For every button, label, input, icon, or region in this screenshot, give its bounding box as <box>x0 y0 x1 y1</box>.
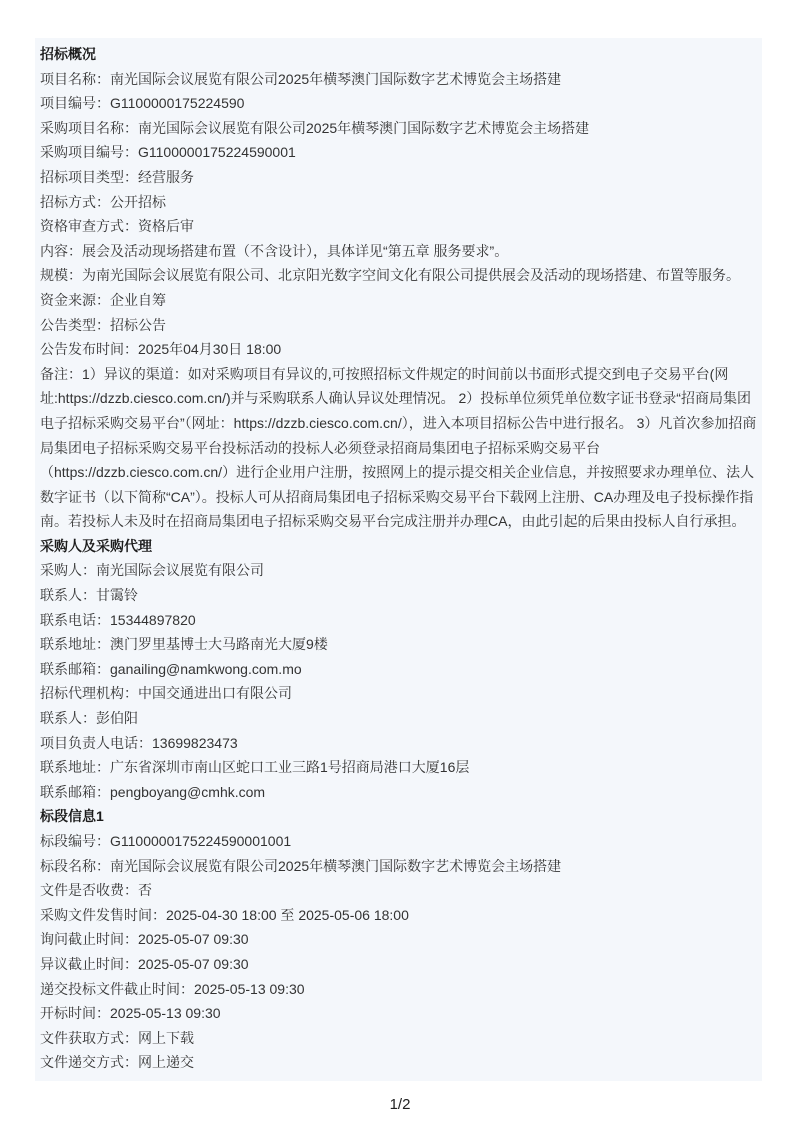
field-value: 南光国际会议展览有限公司2025年横琴澳门国际数字艺术博览会主场搭建 <box>110 858 561 874</box>
field-label: 开标时间： <box>40 1005 110 1021</box>
field-line: 联系地址：澳门罗里基博士大马路南光大厦9楼 <box>40 632 757 657</box>
field-line: 联系电话：15344897820 <box>40 608 757 633</box>
field-line: 备注：1）异议的渠道：如对采购项目有异议的,可按照招标文件规定的时间前以书面形式… <box>40 362 757 534</box>
field-value: 甘霭铃 <box>96 587 138 603</box>
field-line: 公告发布时间：2025年04月30日 18:00 <box>40 337 757 362</box>
field-label: 项目负责人电话： <box>40 735 152 751</box>
section-title-2: 采购人及采购代理 <box>40 534 757 559</box>
field-line: 招标方式：公开招标 <box>40 190 757 215</box>
field-label: 规模： <box>40 267 82 283</box>
field-value: 资格后审 <box>138 218 194 234</box>
field-line: 联系人：彭伯阳 <box>40 706 757 731</box>
field-value: 经营服务 <box>138 169 194 185</box>
field-value: 招标公告 <box>110 317 166 333</box>
field-value: 2025-05-13 09:30 <box>194 981 305 997</box>
field-line: 文件是否收费：否 <box>40 878 757 903</box>
field-label: 项目编号： <box>40 95 110 111</box>
field-value: 15344897820 <box>110 612 196 628</box>
field-label: 公告类型： <box>40 317 110 333</box>
field-value: G1100000175224590001 <box>138 144 296 160</box>
field-label: 联系电话： <box>40 612 110 628</box>
field-label: 联系邮箱： <box>40 661 110 677</box>
field-line: 联系地址：广东省深圳市南山区蛇口工业三路1号招商局港口大厦16层 <box>40 755 757 780</box>
field-value: 展会及活动现场搭建布置（不含设计），具体详见“第五章 服务要求”。 <box>82 243 508 259</box>
field-value: 南光国际会议展览有限公司2025年横琴澳门国际数字艺术博览会主场搭建 <box>138 120 589 136</box>
field-line: 标段编号：G1100000175224590001001 <box>40 829 757 854</box>
field-label: 递交投标文件截止时间： <box>40 981 194 997</box>
field-label: 异议截止时间： <box>40 956 138 972</box>
field-value: 中国交通进出口有限公司 <box>138 685 292 701</box>
field-label: 联系地址： <box>40 636 110 652</box>
page-number: 1/2 <box>0 1096 800 1113</box>
field-line: 开标时间：2025-05-13 09:30 <box>40 1001 757 1026</box>
field-label: 标段名称： <box>40 858 110 874</box>
field-line: 项目编号：G1100000175224590 <box>40 91 757 116</box>
field-line: 异议截止时间：2025-05-07 09:30 <box>40 952 757 977</box>
field-line: 公告类型：招标公告 <box>40 313 757 338</box>
field-label: 文件递交方式： <box>40 1054 138 1070</box>
field-value: pengboyang@cmhk.com <box>110 784 265 800</box>
tender-announcement-body: 招标概况项目名称：南光国际会议展览有限公司2025年横琴澳门国际数字艺术博览会主… <box>35 38 762 1081</box>
field-line: 文件获取方式：网上下载 <box>40 1026 757 1051</box>
field-label: 招标项目类型： <box>40 169 138 185</box>
field-label: 联系地址： <box>40 759 110 775</box>
field-value: 南光国际会议展览有限公司2025年横琴澳门国际数字艺术博览会主场搭建 <box>110 71 561 87</box>
field-line: 联系邮箱：pengboyang@cmhk.com <box>40 780 757 805</box>
field-line: 联系邮箱：ganailing@namkwong.com.mo <box>40 657 757 682</box>
field-label: 联系人： <box>40 587 96 603</box>
field-value: 网上递交 <box>138 1054 194 1070</box>
field-value: ganailing@namkwong.com.mo <box>110 661 302 677</box>
field-line: 规模：为南光国际会议展览有限公司、北京阳光数字空间文化有限公司提供展会及活动的现… <box>40 263 757 288</box>
field-value: 2025-05-07 09:30 <box>138 931 249 947</box>
field-value: 彭伯阳 <box>96 710 138 726</box>
field-line: 采购文件发售时间：2025-04-30 18:00 至 2025-05-06 1… <box>40 903 757 928</box>
field-line: 招标项目类型：经营服务 <box>40 165 757 190</box>
field-line: 联系人：甘霭铃 <box>40 583 757 608</box>
field-label: 招标代理机构： <box>40 685 138 701</box>
field-label: 资格审查方式： <box>40 218 138 234</box>
field-label: 采购人： <box>40 562 96 578</box>
field-value: G1100000175224590 <box>110 95 244 111</box>
field-line: 询问截止时间：2025-05-07 09:30 <box>40 927 757 952</box>
field-label: 询问截止时间： <box>40 931 138 947</box>
field-value: 网上下载 <box>138 1030 194 1046</box>
field-label: 采购文件发售时间： <box>40 907 166 923</box>
field-value: 1）异议的渠道：如对采购项目有异议的,可按照招标文件规定的时间前以书面形式提交到… <box>40 366 756 530</box>
field-label: 文件获取方式： <box>40 1030 138 1046</box>
field-value: 为南光国际会议展览有限公司、北京阳光数字空间文化有限公司提供展会及活动的现场搭建… <box>82 267 740 283</box>
field-line: 标段名称：南光国际会议展览有限公司2025年横琴澳门国际数字艺术博览会主场搭建 <box>40 854 757 879</box>
field-line: 资格审查方式：资格后审 <box>40 214 757 239</box>
field-value: 否 <box>138 882 152 898</box>
field-label: 项目名称： <box>40 71 110 87</box>
field-label: 内容： <box>40 243 82 259</box>
field-value: 广东省深圳市南山区蛇口工业三路1号招商局港口大厦16层 <box>110 759 469 775</box>
field-label: 采购项目名称： <box>40 120 138 136</box>
field-value: 2025-05-07 09:30 <box>138 956 249 972</box>
section-title-1: 招标概况 <box>40 42 757 67</box>
field-value: 2025年04月30日 18:00 <box>138 341 281 357</box>
field-line: 采购人：南光国际会议展览有限公司 <box>40 558 757 583</box>
field-label: 招标方式： <box>40 194 110 210</box>
field-label: 资金来源： <box>40 292 110 308</box>
field-label: 标段编号： <box>40 833 110 849</box>
field-line: 采购项目编号：G1100000175224590001 <box>40 140 757 165</box>
field-label: 公告发布时间： <box>40 341 138 357</box>
field-label: 联系人： <box>40 710 96 726</box>
field-value: 13699823473 <box>152 735 238 751</box>
field-line: 招标代理机构：中国交通进出口有限公司 <box>40 681 757 706</box>
field-line: 项目负责人电话：13699823473 <box>40 731 757 756</box>
field-value: 澳门罗里基博士大马路南光大厦9楼 <box>110 636 328 652</box>
field-value: 2025-04-30 18:00 至 2025-05-06 18:00 <box>166 907 409 923</box>
field-line: 文件递交方式：网上递交 <box>40 1050 757 1075</box>
field-line: 内容：展会及活动现场搭建布置（不含设计），具体详见“第五章 服务要求”。 <box>40 239 757 264</box>
field-line: 采购项目名称：南光国际会议展览有限公司2025年横琴澳门国际数字艺术博览会主场搭… <box>40 116 757 141</box>
field-label: 联系邮箱： <box>40 784 110 800</box>
field-line: 递交投标文件截止时间：2025-05-13 09:30 <box>40 977 757 1002</box>
field-label: 采购项目编号： <box>40 144 138 160</box>
field-label: 文件是否收费： <box>40 882 138 898</box>
field-label: 备注： <box>40 366 82 382</box>
field-line: 项目名称：南光国际会议展览有限公司2025年横琴澳门国际数字艺术博览会主场搭建 <box>40 67 757 92</box>
field-value: G1100000175224590001001 <box>110 833 291 849</box>
field-value: 南光国际会议展览有限公司 <box>96 562 264 578</box>
section-title-3: 标段信息1 <box>40 804 757 829</box>
field-value: 2025-05-13 09:30 <box>110 1005 221 1021</box>
field-value: 企业自筹 <box>110 292 166 308</box>
field-line: 资金来源：企业自筹 <box>40 288 757 313</box>
field-value: 公开招标 <box>110 194 166 210</box>
